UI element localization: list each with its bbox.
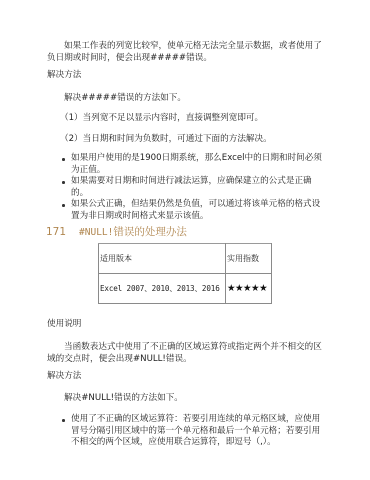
step-2: （2）当日期和时间为负数时，可通过下面的方法解决。 <box>47 134 315 146</box>
list-item-text: 如果公式正确，但结果仍然是负值，可以通过将该单元格的格式设置为非日期或时间格式来… <box>71 199 320 221</box>
table-header-row: 适用版本 实用指数 <box>99 244 272 274</box>
bullet-icon <box>62 419 65 422</box>
section-heading: 171#NULL!错误的处理办法 <box>46 226 187 239</box>
bullet-icon <box>62 158 65 161</box>
list-item-text: 如果需要对日期和时间进行减法运算，应确保建立的公式是正确的。 <box>71 176 312 198</box>
heading-code: #NULL! <box>79 227 113 238</box>
solution-lead-1: 解决#####错误的方法如下。 <box>47 93 322 105</box>
list-item: 使用了不正确的区域运算符：若要引用连续的单元格区域，应使用冒号分隔引用区域中的第… <box>71 414 326 449</box>
list-item: 如果用户使用的是1900日期系统，那么Excel中的日期和时间必须为正值。 <box>71 153 326 176</box>
list-item-text: 使用了不正确的区域运算符：若要引用连续的单元格区域，应使用冒号分隔引用区域中的第… <box>71 414 320 447</box>
list-item: 如果需要对日期和时间进行减法运算，应确保建立的公式是正确的。 <box>71 176 326 199</box>
solution-lead-2: 解决#NULL!错误的方法如下。 <box>47 393 322 405</box>
section-title-solution-2: 解决方法 <box>47 371 81 383</box>
table-cell-versions: Excel 2007、2010、2013、2016 <box>99 274 226 304</box>
intro-paragraph: 如果工作表的列宽比较窄，使单元格无法完全显示数据，或者使用了负日期或时间时，便会… <box>47 41 322 64</box>
step-1: （1）当列宽不足以显示内容时，直接调整列宽即可。 <box>47 113 315 125</box>
table-header-rating: 实用指数 <box>226 244 272 274</box>
bullet-icon <box>62 181 65 184</box>
version-table: 适用版本 实用指数 Excel 2007、2010、2013、2016 ★★★★… <box>98 243 272 304</box>
usage-paragraph: 当函数表达式中使用了不正确的区域运算符或指定两个并不相交的区域的交点时，便会出现… <box>47 342 322 365</box>
table-cell-stars: ★★★★★ <box>226 274 272 304</box>
list-item: 如果公式正确，但结果仍然是负值，可以通过将该单元格的格式设置为非日期或时间格式来… <box>71 199 326 222</box>
list-item-text: 如果用户使用的是1900日期系统，那么Excel中的日期和时间必须为正值。 <box>71 153 322 175</box>
heading-number: 171 <box>46 226 66 238</box>
usage-title: 使用说明 <box>47 319 81 331</box>
heading-title: 错误的处理办法 <box>113 226 187 238</box>
table-header-version: 适用版本 <box>99 244 226 274</box>
bullet-list-1: 如果用户使用的是1900日期系统，那么Excel中的日期和时间必须为正值。 如果… <box>47 153 326 222</box>
section-title-solution-1: 解决方法 <box>47 70 81 82</box>
table-row: Excel 2007、2010、2013、2016 ★★★★★ <box>99 274 272 304</box>
bullet-icon <box>62 204 65 207</box>
bullet-list-2: 使用了不正确的区域运算符：若要引用连续的单元格区域，应使用冒号分隔引用区域中的第… <box>47 414 326 449</box>
